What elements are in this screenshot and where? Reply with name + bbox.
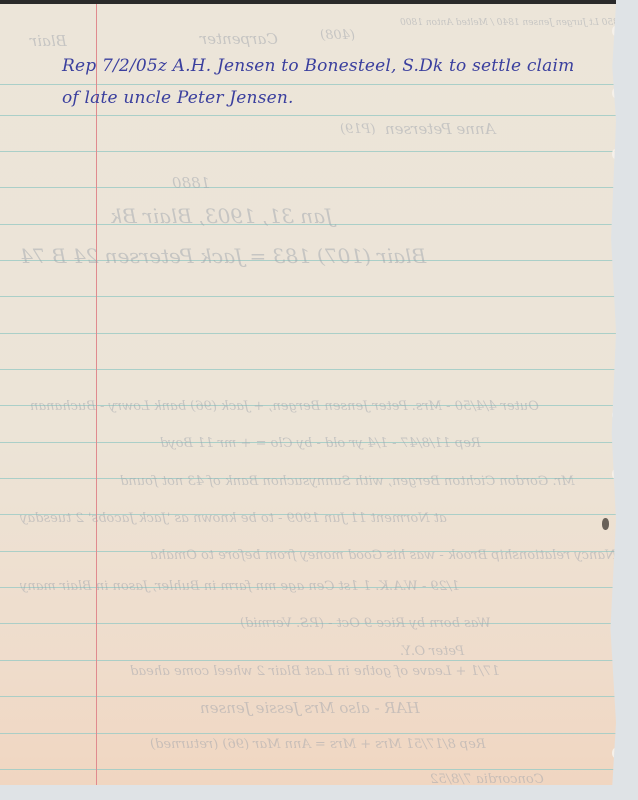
handwritten-note-line-2: of late uncle Peter Jensen.: [62, 88, 294, 108]
rule-line: [0, 296, 616, 297]
rule-line: [0, 733, 616, 734]
rule-line: [0, 333, 616, 334]
scan-top-edge: [0, 0, 616, 4]
bleed-through-text: Anne Petersen: [385, 120, 495, 138]
rule-line: [0, 187, 616, 188]
rule-line: [0, 151, 616, 152]
bleed-through-text: (408): [320, 28, 355, 43]
perforation-tear: [612, 410, 616, 420]
bleed-through-text: Rep 8/17/51 Mrs + Mrs = Ann Mar (96) (re…: [150, 737, 486, 752]
bleed-through-text: (P19): [340, 122, 375, 137]
rule-line: [0, 369, 616, 370]
perforation-tear: [612, 748, 616, 758]
bleed-through-text: 1850 Lt Jurgen Jensen 1840 / Melted Anto…: [400, 18, 616, 28]
bleed-through-text: Nancy relationship Brook - was his Good …: [150, 548, 616, 563]
ink-stain: [602, 518, 609, 530]
bleed-through-text: 1/29 - W.A.K. 1 1st Cen age mn farm in B…: [20, 579, 460, 594]
perforation-tear: [612, 26, 616, 36]
bleed-through-text: Jan 31, 1903, Blair Bk: [110, 204, 333, 228]
rule-line: [0, 696, 616, 697]
bleed-through-text: Carpenter: [200, 30, 278, 48]
perforation-tear: [612, 469, 616, 479]
bleed-through-text: Mr. Gordon Cichton Bergen, with Sunnysuc…: [120, 474, 575, 489]
bleed-through-text: Peter O.Y.: [400, 644, 464, 659]
bleed-through-text: 17/1 + Leave of gothe in Last Blair 2 wh…: [130, 664, 500, 679]
bleed-through-text: Concordia 7/8/52: [430, 772, 544, 785]
rule-line: [0, 660, 616, 661]
bleed-through-text: Rep 11/8/47 - 1/4 yr old - by Clo = + mr…: [160, 436, 481, 451]
rule-line: [0, 84, 616, 85]
bleed-through-text: Was born by Rice 9 Oct - (P.S. Vermid): [240, 616, 491, 631]
bleed-through-text: HAR - also Mrs Jessie Jensen: [200, 699, 420, 717]
bleed-through-text: at Norment 11 Jun 1909 - to be known as …: [20, 511, 447, 526]
bleed-through-text: Blair: [30, 32, 67, 50]
bleed-through-text: 1880: [172, 174, 210, 192]
perforation-tear: [612, 88, 616, 98]
handwritten-note-line-1: Rep 7/2/05z A.H. Jensen to Bonesteel, S.…: [62, 56, 574, 76]
bleed-through-text: Outer 4/4/50 - Mrs. Peter Jensen Bergen,…: [30, 399, 539, 414]
perforation-tear: [612, 149, 616, 159]
rule-line: [0, 115, 616, 116]
margin-line: [96, 4, 97, 785]
notebook-page: Blair Carpenter (408) 1850 Lt Jurgen Jen…: [0, 4, 616, 785]
rule-line: [0, 769, 616, 770]
bleed-through-text: Blair (107) 183 = Jack Petersen 24 B 74: [20, 244, 426, 268]
